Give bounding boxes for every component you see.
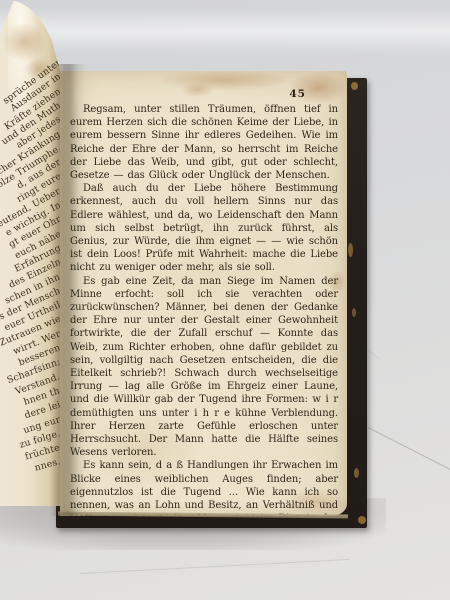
background-light-band <box>0 8 450 54</box>
body-text: Regsam, unter stillen Träumen, öffnen ti… <box>70 103 338 516</box>
cover-gilt-fleck <box>348 243 353 257</box>
paragraph-1: Regsam, unter stillen Träumen, öffnen ti… <box>70 103 338 182</box>
paragraph-3: Es gab eine Zeit, da man Siege im Namen … <box>70 275 338 460</box>
cover-gilt-fleck <box>354 468 359 478</box>
surface-scratch <box>80 559 350 574</box>
left-page: sprüche unterAusdauer inKräfte ziehenund… <box>0 0 65 506</box>
surface-scratch <box>368 427 450 478</box>
page-text-block: 45 Regsam, unter stillen Träumen, öffnen… <box>70 86 338 516</box>
cover-gilt-fleck <box>351 82 358 90</box>
page-number: 45 <box>289 88 306 100</box>
foxing-stain <box>2 22 46 62</box>
paragraph-2: Daß auch du der Liebe höhere Bestimmung … <box>70 182 338 274</box>
cover-gilt-fleck <box>358 516 366 524</box>
cover-gilt-fleck <box>352 308 356 317</box>
photo-of-open-book: sprüche unterAusdauer inKräfte ziehenund… <box>0 0 450 600</box>
right-page: 45 Regsam, unter stillen Träumen, öffnen… <box>60 71 347 516</box>
paragraph-4: Es kann sein, d a ß Handlungen ihr Erwac… <box>70 459 338 516</box>
